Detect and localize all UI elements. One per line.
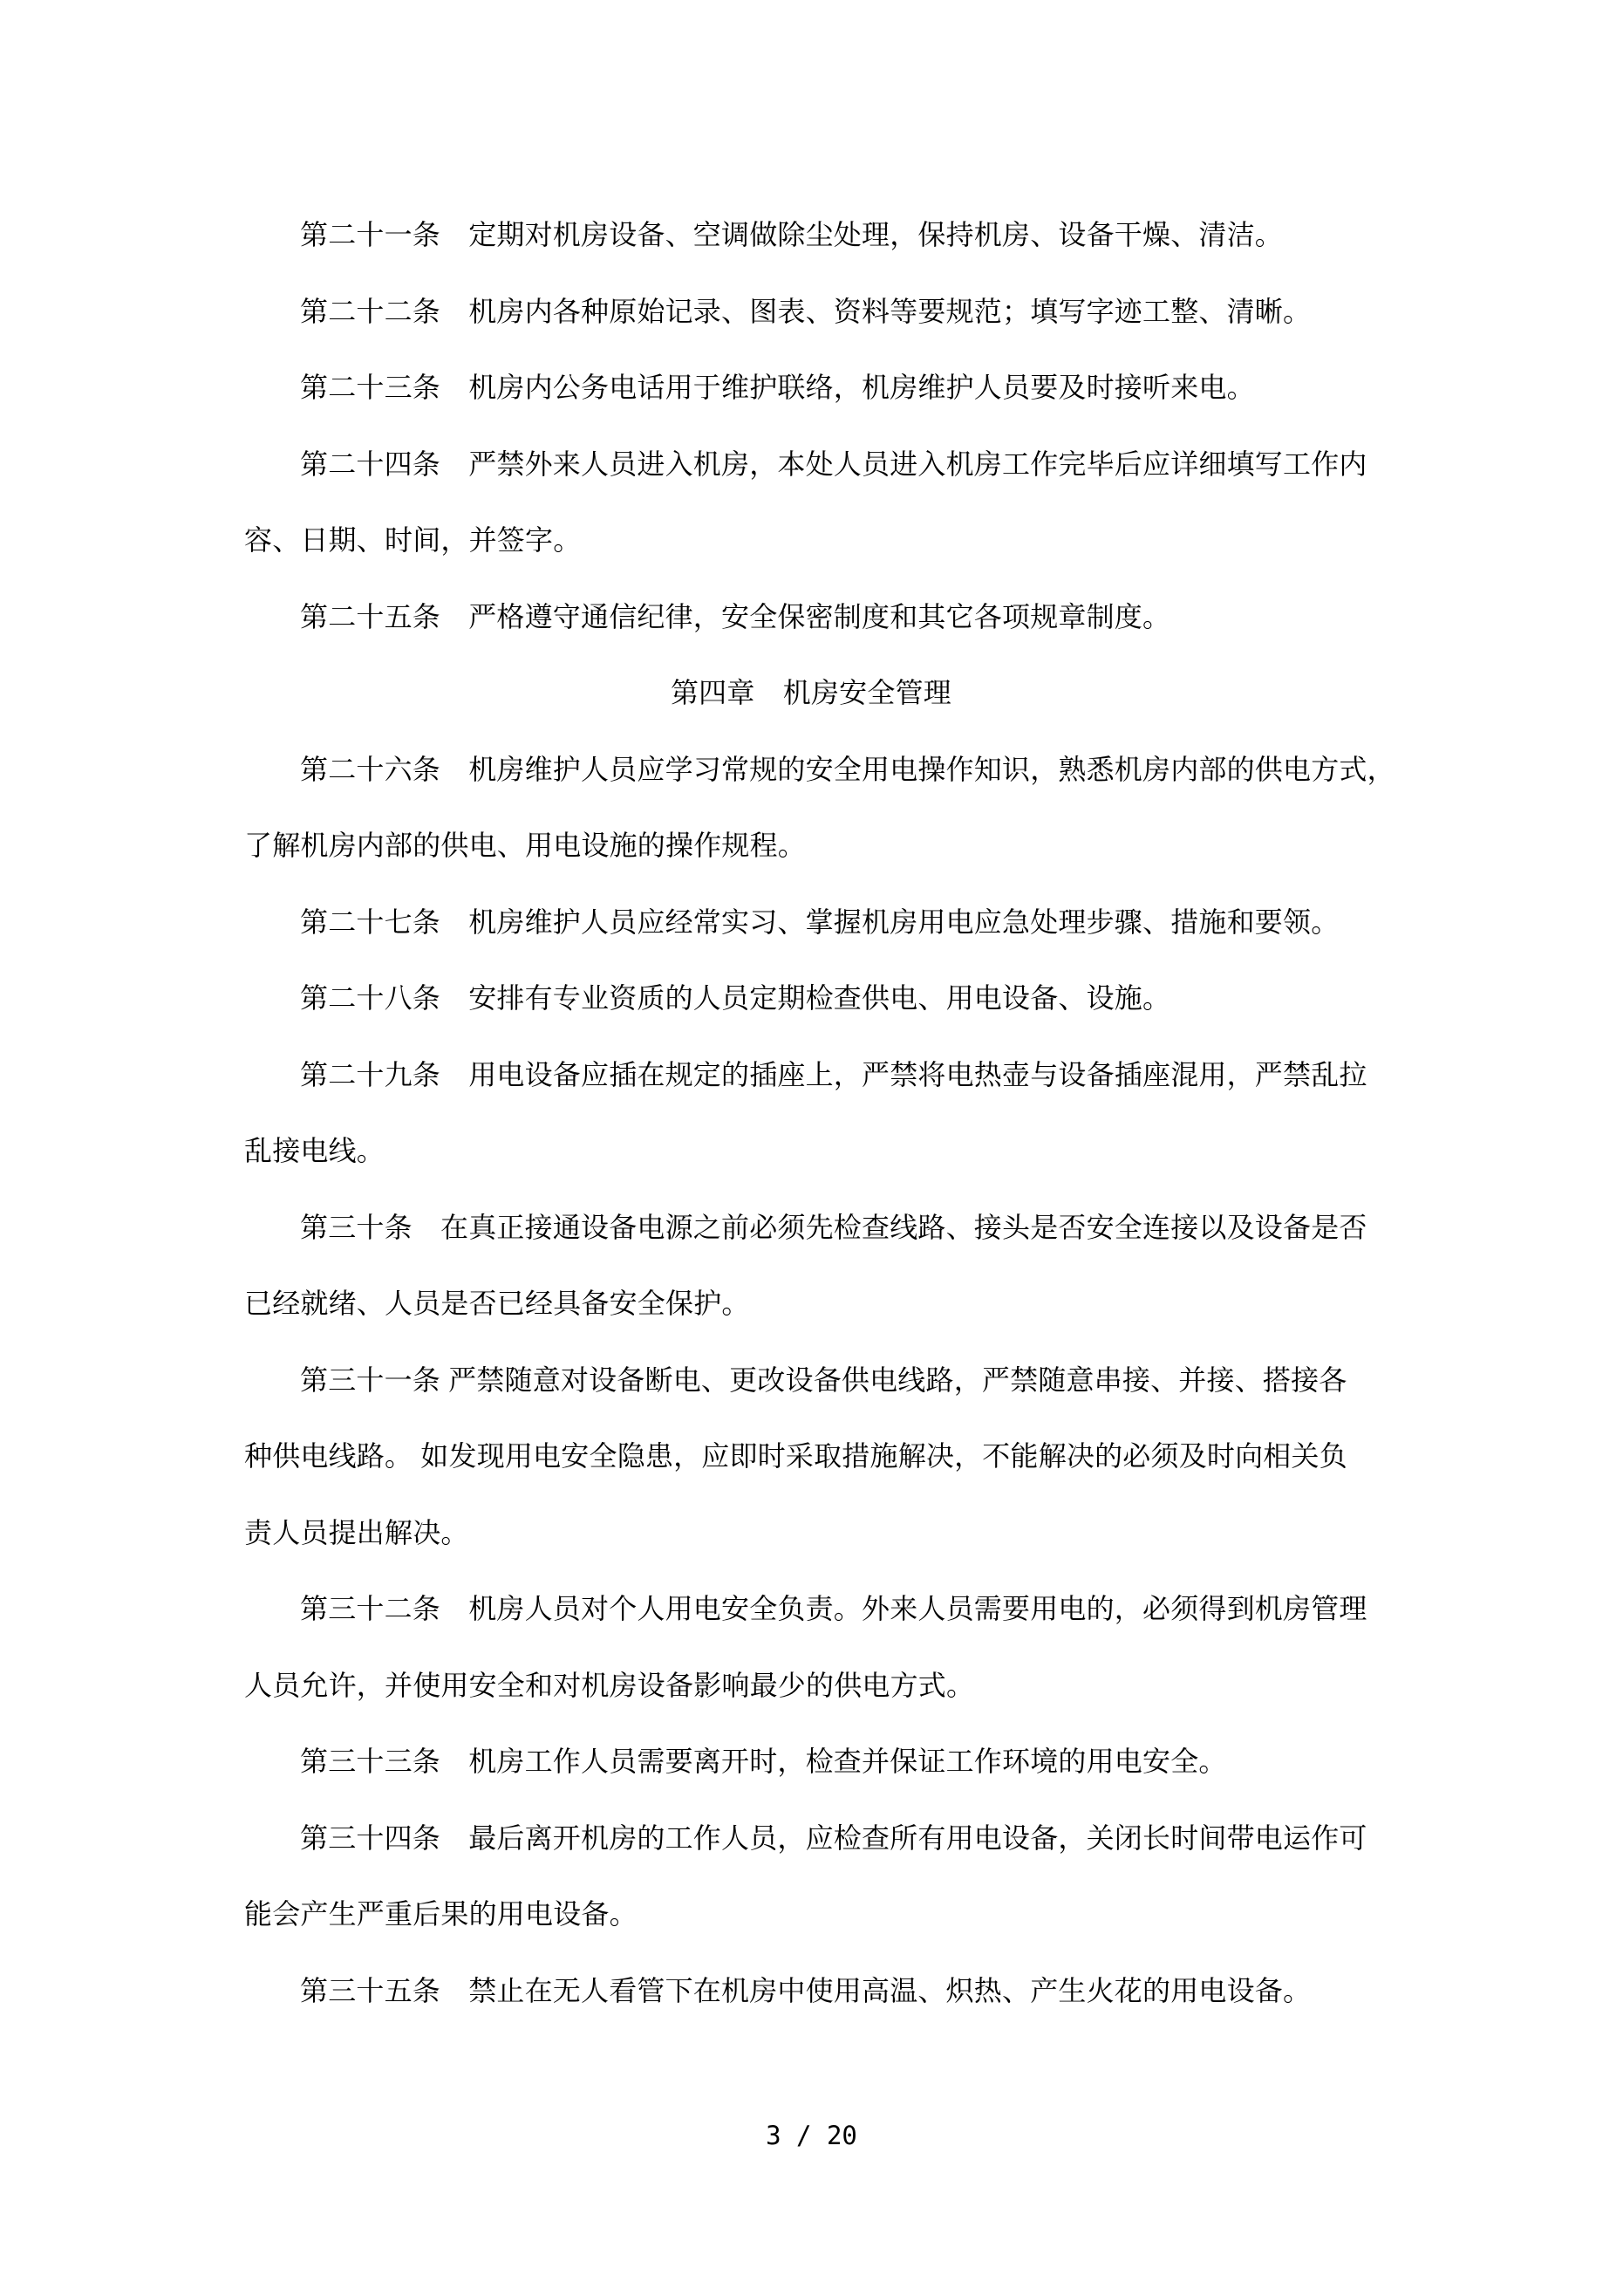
page-number: 3 / 20 (0, 2116, 1623, 2156)
text-line: 了解机房内部的供电、用电设施的操作规程。 (244, 808, 1378, 885)
text-line: 第二十七条 机房维护人员应经常实习、掌握机房用电应急处理步骤、措施和要领。 (244, 885, 1378, 961)
text-line: 第三十四条 最后离开机房的工作人员，应检查所有用电设备，关闭长时间带电运作可 (244, 1801, 1378, 1877)
text-line: 第二十四条 严禁外来人员进入机房，本处人员进入机房工作完毕后应详细填写工作内 (244, 427, 1378, 503)
text-line: 容、日期、时间，并签字。 (244, 502, 1378, 579)
text-line: 第三十三条 机房工作人员需要离开时，检查并保证工作环境的用电安全。 (244, 1724, 1378, 1801)
text-line: 第三十二条 机房人员对个人用电安全负责。外来人员需要用电的，必须得到机房管理 (244, 1571, 1378, 1648)
text-line: 第三十条 在真正接通设备电源之前必须先检查线路、接头是否安全连接以及设备是否 (244, 1190, 1378, 1267)
text-line: 第三十一条 严禁随意对设备断电、更改设备供电线路，严禁随意串接、并接、搭接各 (244, 1343, 1378, 1419)
text-line: 第二十五条 严格遵守通信纪律，安全保密制度和其它各项规章制度。 (244, 579, 1378, 656)
text-line: 乱接电线。 (244, 1113, 1378, 1190)
document-page: 第二十一条 定期对机房设备、空调做除尘处理，保持机房、设备干燥、清洁。 第二十二… (0, 0, 1623, 2296)
text-line: 第二十三条 机房内公务电话用于维护联络，机房维护人员要及时接听来电。 (244, 350, 1378, 427)
text-line: 第二十六条 机房维护人员应学习常规的安全用电操作知识，熟悉机房内部的供电方式， (244, 732, 1378, 809)
text-line: 责人员提出解决。 (244, 1495, 1378, 1572)
text-line: 能会产生严重后果的用电设备。 (244, 1876, 1378, 1953)
text-line: 已经就绪、人员是否已经具备安全保护。 (244, 1266, 1378, 1343)
text-line: 第二十九条 用电设备应插在规定的插座上，严禁将电热壶与设备插座混用，严禁乱拉 (244, 1037, 1378, 1114)
text-line: 第二十二条 机房内各种原始记录、图表、资料等要规范；填写字迹工整、清晰。 (244, 274, 1378, 351)
text-line: 种供电线路。 如发现用电安全隐患，应即时采取措施解决，不能解决的必须及时向相关负 (244, 1418, 1378, 1495)
text-line: 第二十八条 安排有专业资质的人员定期检查供电、用电设备、设施。 (244, 960, 1378, 1037)
text-line: 人员允许，并使用安全和对机房设备影响最少的供电方式。 (244, 1648, 1378, 1725)
text-line: 第二十一条 定期对机房设备、空调做除尘处理，保持机房、设备干燥、清洁。 (244, 197, 1378, 274)
text-line: 第三十五条 禁止在无人看管下在机房中使用高温、炽热、产生火花的用电设备。 (244, 1953, 1378, 2030)
chapter-heading: 第四章 机房安全管理 (244, 655, 1378, 732)
document-body: 第二十一条 定期对机房设备、空调做除尘处理，保持机房、设备干燥、清洁。 第二十二… (244, 197, 1378, 2029)
